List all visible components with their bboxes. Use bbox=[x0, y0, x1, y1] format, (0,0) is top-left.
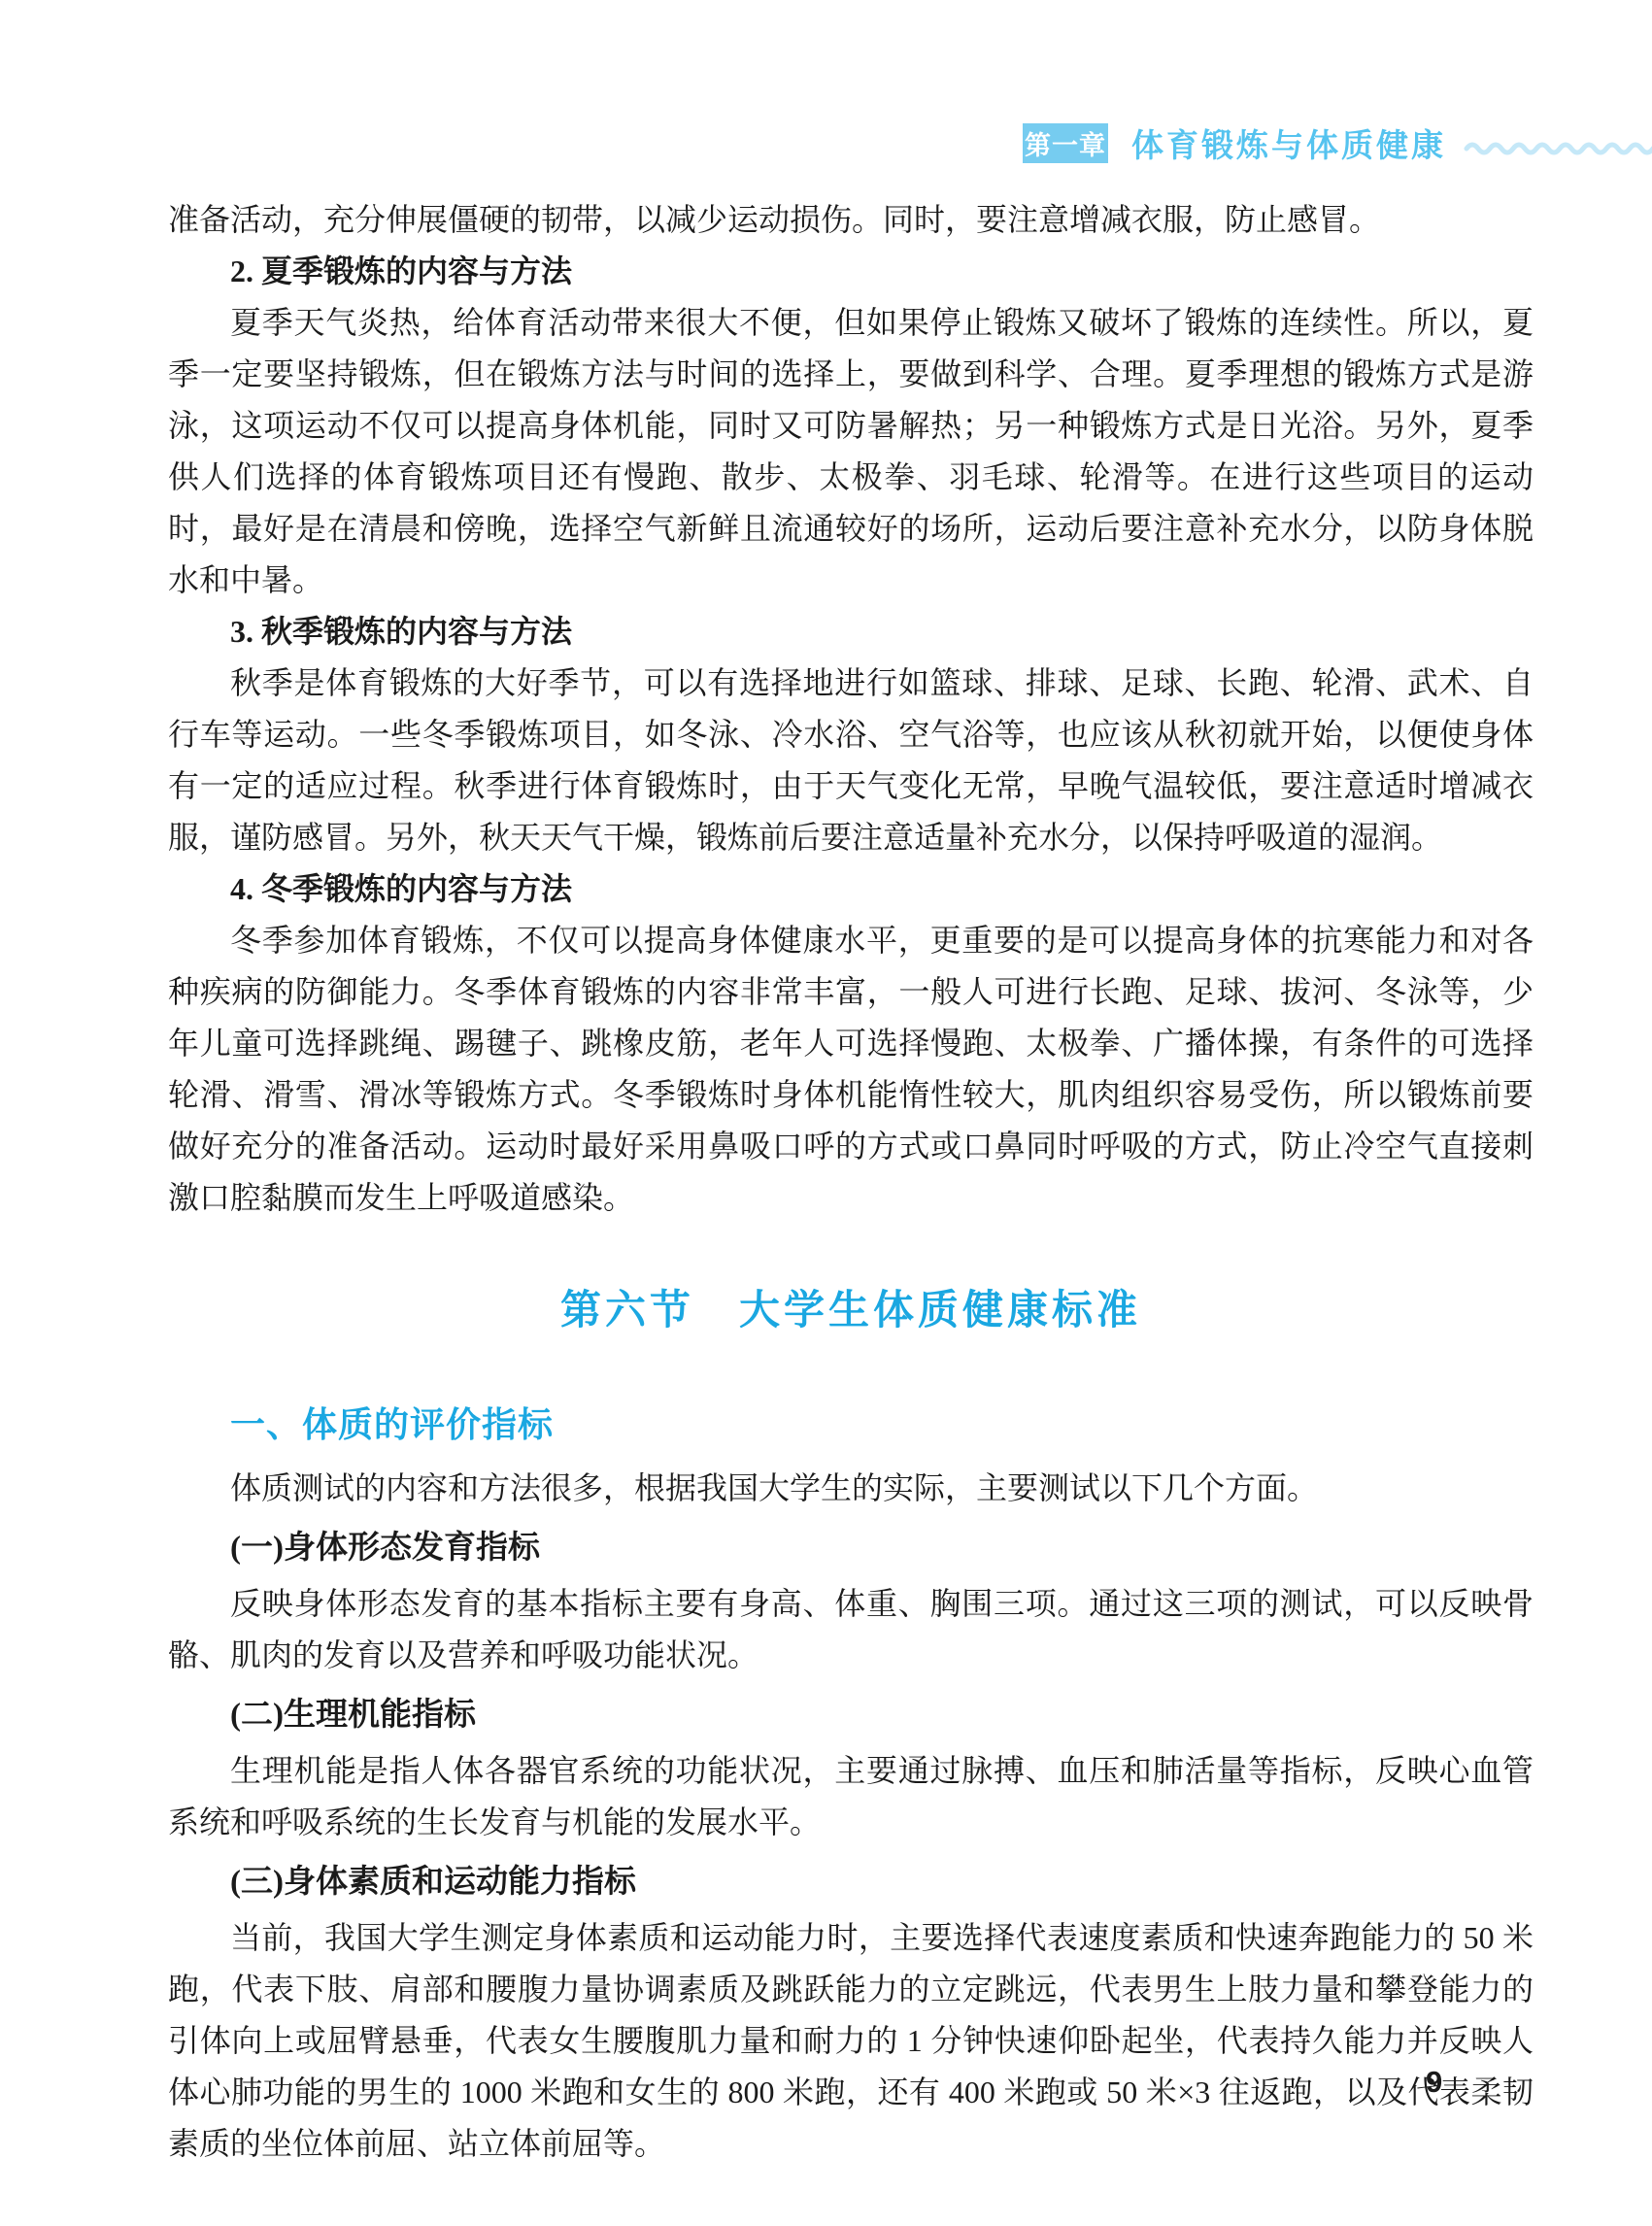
season-heading-winter: 4. 冬季锻炼的内容与方法 bbox=[168, 863, 1534, 915]
indicator-heading-body-morphology: (一)身体形态发育指标 bbox=[168, 1524, 1534, 1572]
main-text-column: 准备活动，充分伸展僵硬的韧带，以减少运动损伤。同时，要注意增减衣服，防止感冒。 … bbox=[168, 194, 1534, 2170]
wave-path bbox=[1467, 145, 1652, 152]
chapter-badge: 第一章 bbox=[1023, 123, 1108, 163]
wave-decoration-icon bbox=[1464, 138, 1652, 160]
season-heading-autumn: 3. 秋季锻炼的内容与方法 bbox=[168, 606, 1534, 658]
paragraph-body-morphology: 反映身体形态发育的基本指标主要有身高、体重、胸围三项。通过这三项的测试，可以反映… bbox=[168, 1578, 1534, 1681]
paragraph-autumn: 秋季是体育锻炼的大好季节，可以有选择地进行如篮球、排球、足球、长跑、轮滑、武术、… bbox=[168, 658, 1534, 863]
paragraph-physiological-function: 生理机能是指人体各器官系统的功能状况，主要通过脉搏、血压和肺活量等指标，反映心血… bbox=[168, 1745, 1534, 1848]
page-number: 9 bbox=[1426, 2065, 1442, 2100]
section-title-text: 大学生体质健康标准 bbox=[739, 1289, 1141, 1333]
indicator-heading-physical-ability: (三)身体素质和运动能力指标 bbox=[168, 1858, 1534, 1906]
paragraph-subsection-intro: 体质测试的内容和方法很多，根据我国大学生的实际，主要测试以下几个方面。 bbox=[168, 1463, 1534, 1514]
book-page: 第一章 体育锻炼与体质健康 准备活动，充分伸展僵硬的韧带，以减少运动损伤。同时，… bbox=[0, 0, 1652, 2226]
season-heading-summer: 2. 夏季锻炼的内容与方法 bbox=[168, 246, 1534, 297]
indicator-heading-physiological-function: (二)生理机能指标 bbox=[168, 1691, 1534, 1739]
paragraph-summer: 夏季天气炎热，给体育活动带来很大不便，但如果停止锻炼又破坏了锻炼的连续性。所以，… bbox=[168, 297, 1534, 606]
paragraph-physical-ability: 当前，我国大学生测定身体素质和运动能力时，主要选择代表速度素质和快速奔跑能力的 … bbox=[168, 1912, 1534, 2170]
section-number: 第六节 bbox=[560, 1289, 694, 1333]
chapter-title: 体育锻炼与体质健康 bbox=[1131, 120, 1446, 166]
subsection-heading-evaluation-indicators: 一、体质的评价指标 bbox=[168, 1400, 1534, 1449]
paragraph-continuation: 准备活动，充分伸展僵硬的韧带，以减少运动损伤。同时，要注意增减衣服，防止感冒。 bbox=[168, 194, 1534, 246]
section-title: 第六节大学生体质健康标准 bbox=[168, 1286, 1534, 1336]
running-head: 第一章 体育锻炼与体质健康 bbox=[1023, 120, 1652, 166]
paragraph-winter: 冬季参加体育锻炼，不仅可以提高身体健康水平，更重要的是可以提高身体的抗寒能力和对… bbox=[168, 915, 1534, 1224]
